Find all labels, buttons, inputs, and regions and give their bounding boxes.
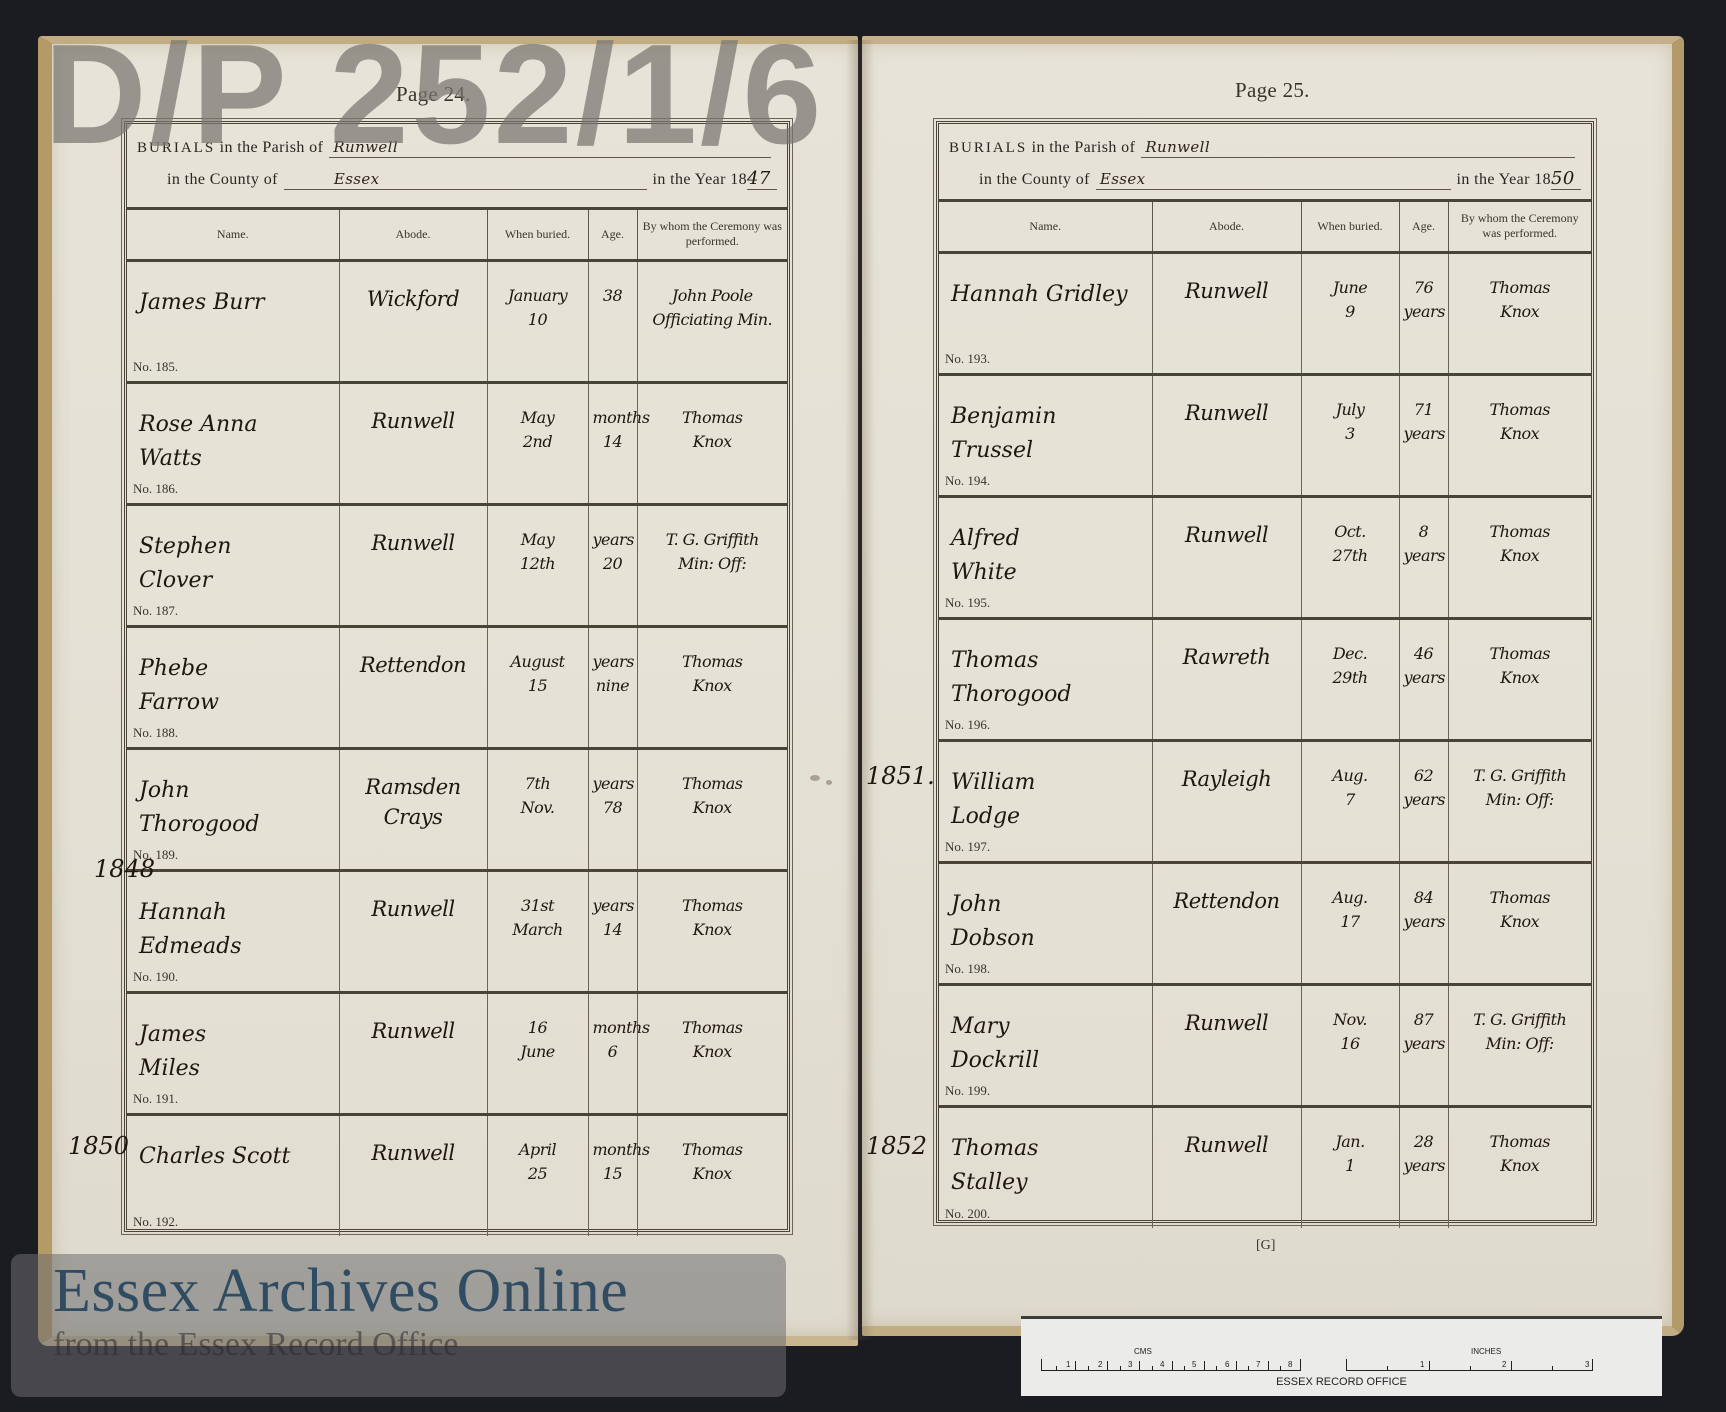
entry-age: months 15 bbox=[589, 1138, 637, 1186]
entry-name: James Miles bbox=[139, 1018, 206, 1086]
parish-label: in the Parish of bbox=[1032, 139, 1136, 157]
entry-number: No. 199. bbox=[945, 1083, 990, 1099]
inch-scale: 1 2 3 bbox=[1346, 1359, 1593, 1371]
table-row: John DobsonNo. 198. Rettendon Aug. 17 84… bbox=[939, 862, 1591, 984]
entry-officiant: T. G. Griffith Min: Off: bbox=[638, 528, 788, 576]
entry-age: years nine bbox=[589, 650, 637, 698]
sheet-signature: [G] bbox=[1256, 1238, 1275, 1254]
page-number-right: Page 25. bbox=[1235, 78, 1310, 103]
table-row: John ThorogoodNo. 189. Ramsden Crays 7th… bbox=[127, 748, 787, 870]
ruler-brand: ESSEX RECORD OFFICE bbox=[1021, 1376, 1662, 1388]
archive-title: Essex Archives Online bbox=[53, 1256, 628, 1327]
entry-number: No. 193. bbox=[945, 351, 990, 367]
entry-number: No. 191. bbox=[133, 1091, 178, 1107]
col-when-buried: When buried. bbox=[487, 210, 588, 260]
entry-number: No. 185. bbox=[133, 359, 178, 375]
entry-abode: Rawreth bbox=[1153, 642, 1301, 672]
entry-name: Thomas Thorogood bbox=[951, 644, 1072, 712]
entry-age: 84 years bbox=[1400, 886, 1448, 934]
entry-age: years 78 bbox=[589, 772, 637, 820]
entry-when: Oct. 27th bbox=[1302, 520, 1399, 568]
entry-abode: Rettendon bbox=[340, 650, 487, 680]
parish-value: Runwell bbox=[1141, 138, 1575, 158]
entry-number: No. 192. bbox=[133, 1214, 178, 1230]
cms-label: CMS bbox=[1134, 1347, 1152, 1356]
entry-name: John Thorogood bbox=[139, 774, 260, 842]
table-row: Thomas StalleyNo. 200. Runwell Jan. 1 28… bbox=[939, 1106, 1591, 1228]
year-value: 50 bbox=[1551, 168, 1581, 190]
entry-age: 62 years bbox=[1400, 764, 1448, 812]
entry-number: No. 187. bbox=[133, 603, 178, 619]
register-table: Name. Abode. When buried. Age. By whom t… bbox=[127, 210, 787, 1236]
entry-officiant: T. G. Griffith Min: Off: bbox=[1449, 764, 1592, 812]
col-age: Age. bbox=[1399, 202, 1448, 252]
entry-age: years 14 bbox=[589, 894, 637, 942]
col-name: Name. bbox=[127, 210, 339, 260]
entry-when: Nov. 16 bbox=[1302, 1008, 1399, 1056]
county-label: in the County of bbox=[979, 171, 1090, 189]
table-row: Stephen CloverNo. 187. Runwell May 12th … bbox=[127, 504, 787, 626]
entry-officiant: Thomas Knox bbox=[638, 650, 788, 698]
entry-abode: Runwell bbox=[340, 528, 487, 558]
table-row: Thomas ThorogoodNo. 196. Rawreth Dec. 29… bbox=[939, 618, 1591, 740]
col-age: Age. bbox=[588, 210, 637, 260]
register-header: BURIALS in the Parish of Runwell in the … bbox=[939, 124, 1591, 202]
entry-abode: Rettendon bbox=[1153, 886, 1301, 916]
entry-name: Alfred White bbox=[951, 522, 1020, 590]
entry-when: Aug. 7 bbox=[1302, 764, 1399, 812]
margin-year-1851: 1851. bbox=[866, 762, 935, 790]
county-value: Essex bbox=[1096, 170, 1451, 190]
measurement-ruler: CMS 1 2 3 4 5 6 7 8 INCHES 1 2 3 ESSEX R… bbox=[1021, 1316, 1662, 1396]
entry-age: 87 years bbox=[1400, 1008, 1448, 1056]
entry-when: Jan. 1 bbox=[1302, 1130, 1399, 1178]
ink-blot bbox=[810, 775, 820, 781]
entry-when: May 12th bbox=[488, 528, 588, 576]
entry-when: April 25 bbox=[488, 1138, 588, 1186]
table-row: Benjamin TrusselNo. 194. Runwell July 3 … bbox=[939, 374, 1591, 496]
table-row: James BurrNo. 185. Wickford January 10 3… bbox=[127, 260, 787, 382]
burial-register-left: BURIALS in the Parish of Runwell in the … bbox=[124, 121, 790, 1232]
entry-officiant: John Poole Officiating Min. bbox=[638, 284, 788, 332]
year-label: in the Year 18 bbox=[1457, 171, 1551, 189]
burial-register-right: BURIALS in the Parish of Runwell in the … bbox=[936, 121, 1594, 1223]
table-row: Phebe FarrowNo. 188. Rettendon August 15… bbox=[127, 626, 787, 748]
entry-number: No. 200. bbox=[945, 1206, 990, 1222]
entry-abode: Runwell bbox=[1153, 398, 1301, 428]
entry-when: June 9 bbox=[1302, 276, 1399, 324]
archive-subtitle: from the Essex Record Office bbox=[53, 1326, 458, 1364]
table-row: James MilesNo. 191. Runwell 16 June mont… bbox=[127, 992, 787, 1114]
entry-number: No. 194. bbox=[945, 473, 990, 489]
table-row: Charles ScottNo. 192. Runwell April 25 m… bbox=[127, 1114, 787, 1236]
entry-abode: Runwell bbox=[1153, 520, 1301, 550]
entry-age: 28 years bbox=[1400, 1130, 1448, 1178]
inches-label: INCHES bbox=[1471, 1347, 1501, 1356]
entry-age: months 6 bbox=[589, 1016, 637, 1064]
col-when-buried: When buried. bbox=[1301, 202, 1399, 252]
entry-officiant: Thomas Knox bbox=[638, 894, 788, 942]
entry-officiant: Thomas Knox bbox=[1449, 1130, 1592, 1178]
entry-name: Mary Dockrill bbox=[951, 1010, 1039, 1078]
entry-abode: Runwell bbox=[340, 406, 487, 436]
cm-scale: 1 2 3 4 5 6 7 8 bbox=[1041, 1359, 1301, 1371]
entry-number: No. 188. bbox=[133, 725, 178, 741]
margin-year-1850: 1850 bbox=[68, 1132, 129, 1160]
col-name: Name. bbox=[939, 202, 1152, 252]
entry-when: 31st March bbox=[488, 894, 588, 942]
document-reference-watermark: D/P 252/1/6 bbox=[44, 20, 824, 170]
entry-age: 71 years bbox=[1400, 398, 1448, 446]
entry-officiant: Thomas Knox bbox=[638, 772, 788, 820]
entry-when: May 2nd bbox=[488, 406, 588, 454]
entry-abode: Wickford bbox=[340, 284, 487, 314]
entry-age: 38 bbox=[589, 284, 637, 308]
entry-age: 76 years bbox=[1400, 276, 1448, 324]
entry-name: James Burr bbox=[139, 286, 264, 320]
entry-name: John Dobson bbox=[951, 888, 1035, 956]
archive-watermark: Essex Archives Online from the Essex Rec… bbox=[11, 1254, 786, 1397]
entry-name: Rose Anna Watts bbox=[139, 408, 257, 476]
column-headers: Name. Abode. When buried. Age. By whom t… bbox=[939, 202, 1591, 252]
entry-when: July 3 bbox=[1302, 398, 1399, 446]
entry-when: August 15 bbox=[488, 650, 588, 698]
table-row: Hannah EdmeadsNo. 190. Runwell 31st Marc… bbox=[127, 870, 787, 992]
entry-abode: Runwell bbox=[340, 894, 487, 924]
entry-name: Thomas Stalley bbox=[951, 1132, 1038, 1200]
entry-number: No. 198. bbox=[945, 961, 990, 977]
entry-number: No. 196. bbox=[945, 717, 990, 733]
entry-when: January 10 bbox=[488, 284, 588, 332]
entry-number: No. 195. bbox=[945, 595, 990, 611]
entry-when: 7th Nov. bbox=[488, 772, 588, 820]
entry-name: Phebe Farrow bbox=[139, 652, 219, 720]
entry-age: 46 years bbox=[1400, 642, 1448, 690]
entry-officiant: Thomas Knox bbox=[1449, 398, 1592, 446]
entry-number: No. 186. bbox=[133, 481, 178, 497]
col-abode: Abode. bbox=[1152, 202, 1301, 252]
entry-officiant: Thomas Knox bbox=[1449, 276, 1592, 324]
entry-number: No. 197. bbox=[945, 839, 990, 855]
entry-name: William Lodge bbox=[951, 766, 1035, 834]
entry-officiant: Thomas Knox bbox=[638, 406, 788, 454]
margin-year-1852: 1852 bbox=[866, 1132, 927, 1160]
table-row: Hannah GridleyNo. 193. Runwell June 9 76… bbox=[939, 252, 1591, 374]
entry-age: 8 years bbox=[1400, 520, 1448, 568]
entry-officiant: Thomas Knox bbox=[1449, 642, 1592, 690]
entry-name: Hannah Gridley bbox=[951, 278, 1128, 312]
entry-abode: Runwell bbox=[1153, 276, 1301, 306]
entry-officiant: Thomas Knox bbox=[638, 1016, 788, 1064]
entry-abode: Runwell bbox=[1153, 1008, 1301, 1038]
table-row: William LodgeNo. 197. Rayleigh Aug. 7 62… bbox=[939, 740, 1591, 862]
register-table: Name. Abode. When buried. Age. By whom t… bbox=[939, 202, 1591, 1228]
entry-officiant: Thomas Knox bbox=[638, 1138, 788, 1186]
entry-age: months 14 bbox=[589, 406, 637, 454]
burials-label: BURIALS bbox=[949, 140, 1027, 157]
entry-officiant: Thomas Knox bbox=[1449, 520, 1592, 568]
entry-name: Charles Scott bbox=[139, 1140, 290, 1174]
margin-year-1848: 1848 bbox=[94, 855, 155, 883]
entry-abode: Runwell bbox=[340, 1016, 487, 1046]
table-row: Mary DockrillNo. 199. Runwell Nov. 16 87… bbox=[939, 984, 1591, 1106]
column-headers: Name. Abode. When buried. Age. By whom t… bbox=[127, 210, 787, 260]
entry-when: Aug. 17 bbox=[1302, 886, 1399, 934]
ink-blot bbox=[826, 780, 832, 785]
col-abode: Abode. bbox=[339, 210, 487, 260]
col-officiant: By whom the Ceremony was performed. bbox=[637, 210, 787, 260]
entry-name: Stephen Clover bbox=[139, 530, 231, 598]
table-row: Alfred WhiteNo. 195. Runwell Oct. 27th 8… bbox=[939, 496, 1591, 618]
entry-abode: Ramsden Crays bbox=[340, 772, 487, 832]
entry-number: No. 190. bbox=[133, 969, 178, 985]
entry-age: years 20 bbox=[589, 528, 637, 576]
entry-name: Benjamin Trussel bbox=[951, 400, 1056, 468]
entry-abode: Runwell bbox=[1153, 1130, 1301, 1160]
entry-officiant: Thomas Knox bbox=[1449, 886, 1592, 934]
entry-officiant: T. G. Griffith Min: Off: bbox=[1449, 1008, 1592, 1056]
entry-name: Hannah Edmeads bbox=[139, 896, 242, 964]
entry-abode: Rayleigh bbox=[1153, 764, 1301, 794]
entry-when: 16 June bbox=[488, 1016, 588, 1064]
entry-when: Dec. 29th bbox=[1302, 642, 1399, 690]
table-row: Rose Anna WattsNo. 186. Runwell May 2nd … bbox=[127, 382, 787, 504]
entry-abode: Runwell bbox=[340, 1138, 487, 1168]
col-officiant: By whom the Ceremony was performed. bbox=[1448, 202, 1591, 252]
